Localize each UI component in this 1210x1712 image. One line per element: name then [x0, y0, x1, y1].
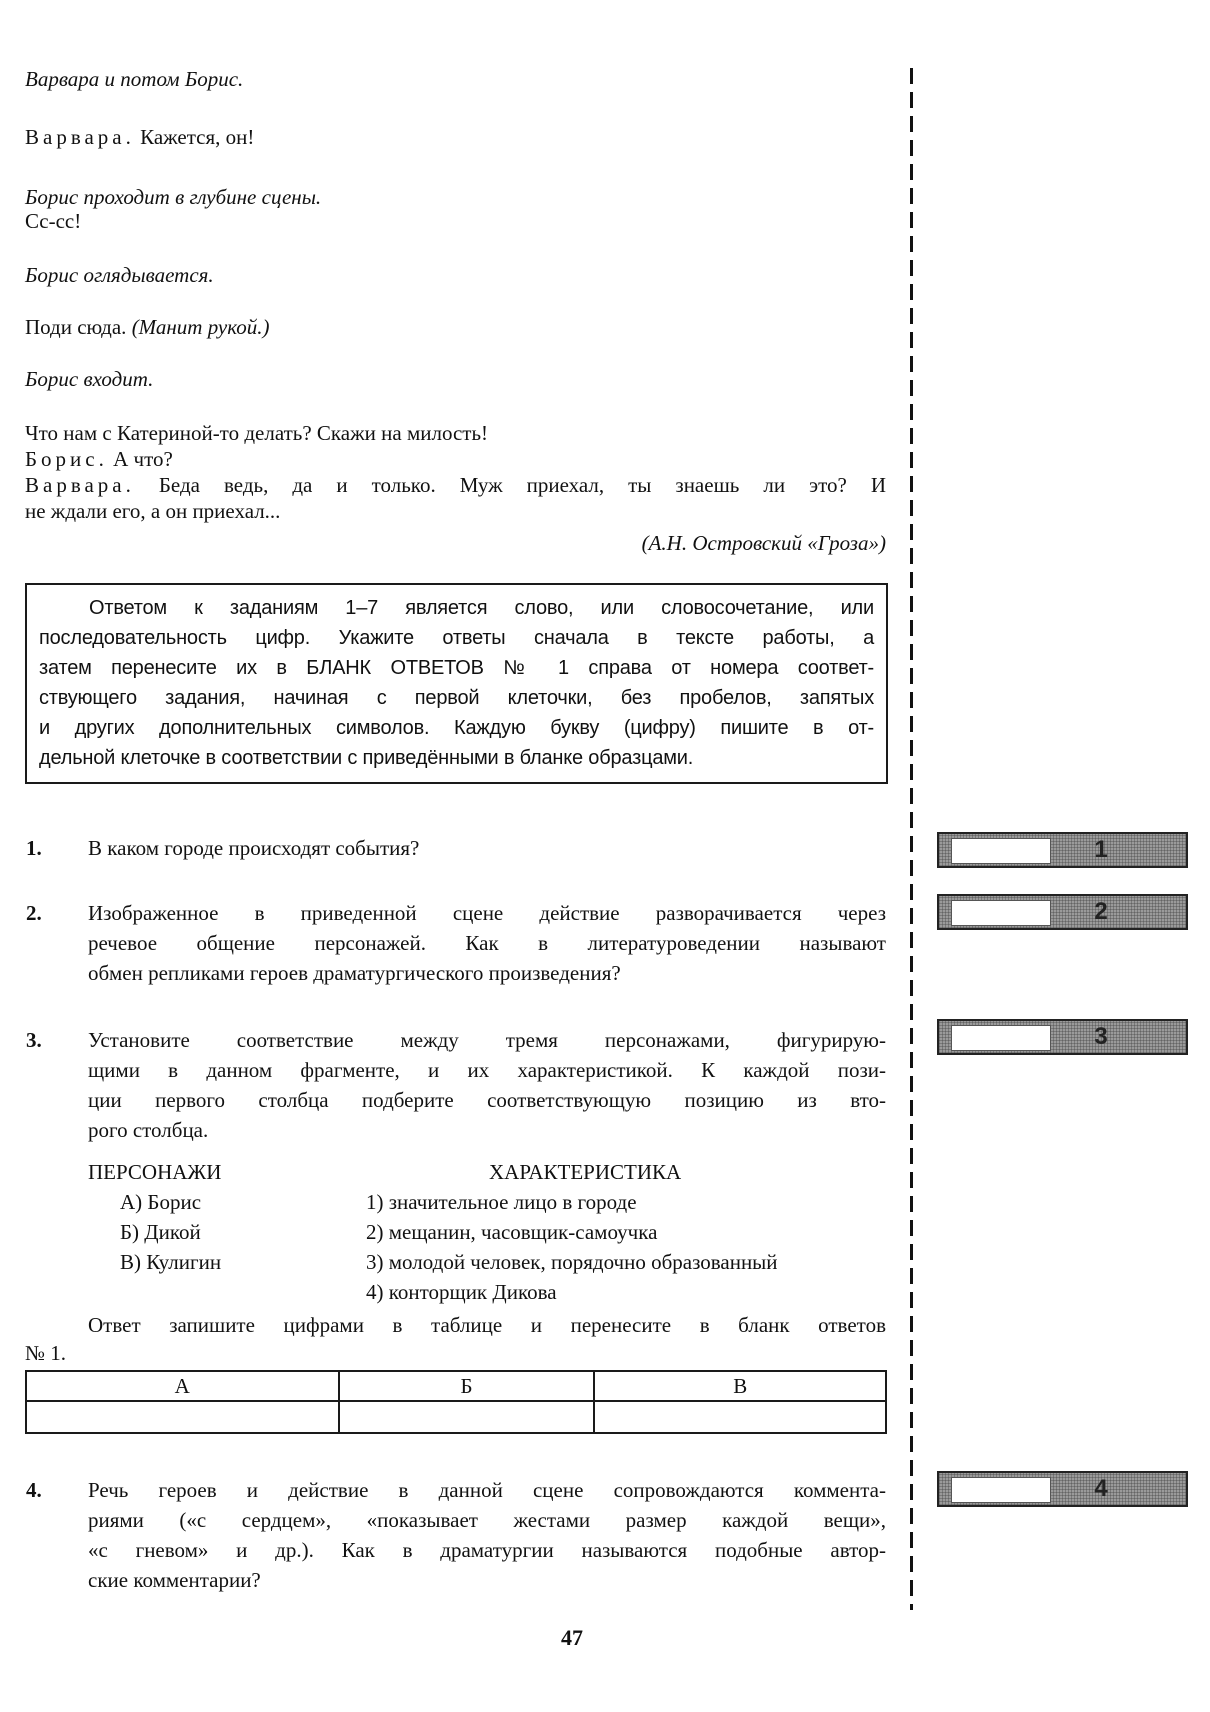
answer-box-label: 1: [1089, 836, 1113, 864]
dialogue-line: Поди сюда. (Манит рукой.): [25, 314, 270, 340]
right-column-header: ХАРАКТЕРИСТИКА: [489, 1157, 681, 1187]
page-number: 47: [561, 1625, 583, 1651]
answer-table-header: В: [594, 1371, 886, 1401]
instruction-line: дельной клеточке в соответствии с привед…: [39, 743, 874, 773]
answer-table-header: А: [26, 1371, 339, 1401]
speech-text: Сс-сс!: [25, 208, 81, 234]
speaker-name: Варвара.: [25, 473, 135, 497]
answer-field-3[interactable]: [951, 1025, 1051, 1051]
characteristic-item: 3) молодой человек, порядочно образованн…: [366, 1247, 778, 1277]
answer-field-2[interactable]: [951, 900, 1051, 926]
dialogue-line: Варвара. Кажется, он!: [25, 124, 254, 150]
stage-direction: Варвара и потом Борис.: [25, 66, 243, 92]
characteristic-item: 2) мещанин, часовщик-самоучка: [366, 1217, 657, 1247]
stage-direction: Борис проходит в глубине сцены.: [25, 184, 321, 210]
instruction-line: последовательность цифр. Укажите ответы …: [39, 623, 874, 653]
task-text: ские комментарии?: [88, 1565, 886, 1595]
task-text: В каком городе происходят события?: [88, 833, 886, 863]
left-column-header: ПЕРСОНАЖИ: [88, 1157, 221, 1187]
dialogue-line: Борис. А что?: [25, 446, 173, 472]
character-item: Б) Дикой: [120, 1217, 201, 1247]
answer-field-1[interactable]: [951, 838, 1051, 864]
answer-cell-v[interactable]: [594, 1401, 886, 1433]
speech-text: Поди сюда.: [25, 315, 126, 339]
speech-text: Что нам с Катериной-то делать? Скажи на …: [25, 420, 488, 446]
task-number: 1.: [26, 833, 42, 863]
task-number: 2.: [26, 898, 42, 928]
instruction-line: затем перенесите их в БЛАНК ОТВЕТОВ № 1 …: [39, 653, 874, 683]
answer-table-input-row: [26, 1401, 886, 1433]
answer-table: А Б В: [25, 1370, 887, 1434]
answer-box-2: 2: [937, 894, 1188, 930]
task-text: речевое общение персонажей. Как в литера…: [88, 928, 886, 958]
answer-note: № 1.: [25, 1338, 66, 1368]
task-text: Речь героев и действие в данной сцене со…: [88, 1475, 886, 1505]
character-item: В) Кулигин: [120, 1247, 221, 1277]
task-text: обмен репликами героев драматургического…: [88, 958, 886, 988]
answer-box-label: 2: [1089, 898, 1113, 926]
instruction-line: ствующего задания, начиная с первой клет…: [39, 683, 874, 713]
dialogue-line: Варвара. Беда ведь, да и только. Муж при…: [25, 472, 886, 498]
characteristic-item: 1) значительное лицо в городе: [366, 1187, 637, 1217]
task-text: ции первого столбца подберите соответств…: [88, 1085, 886, 1115]
inline-stage-direction: (Манит рукой.): [132, 315, 270, 339]
speech-text: Беда ведь, да и только. Муж приехал, ты …: [159, 473, 886, 497]
speech-text: не ждали его, а он приехал...: [25, 498, 280, 524]
answer-box-3: 3: [937, 1019, 1188, 1055]
stage-direction: Борис входит.: [25, 366, 153, 392]
speech-text: Кажется, он!: [140, 125, 254, 149]
instructions-box: Ответом к заданиям 1–7 является слово, и…: [25, 583, 888, 784]
answer-table-header-row: А Б В: [26, 1371, 886, 1401]
answer-field-4[interactable]: [951, 1477, 1051, 1503]
task-text: риями («с сердцем», «показывает жестами …: [88, 1505, 886, 1535]
speaker-name: Борис.: [25, 447, 108, 471]
speech-text: А что?: [113, 447, 173, 471]
dashed-cut-line: [910, 68, 913, 1610]
answer-box-1: 1: [937, 832, 1188, 868]
characteristic-item: 4) конторщик Дикова: [366, 1277, 557, 1307]
stage-direction: Борис оглядывается.: [25, 262, 214, 288]
answer-note: Ответ запишите цифрами в таблице и перен…: [88, 1310, 886, 1340]
answer-box-4: 4: [937, 1471, 1188, 1507]
instruction-line: и других дополнительных символов. Каждую…: [39, 713, 874, 743]
answer-box-label: 3: [1089, 1023, 1113, 1051]
task-text: «с гневом» и др.). Как в драматургии наз…: [88, 1535, 886, 1565]
task-text: Изображенное в приведенной сцене действи…: [88, 898, 886, 928]
task-number: 3.: [26, 1025, 42, 1055]
task-number: 4.: [26, 1475, 42, 1505]
task-text: рого столбца.: [88, 1115, 886, 1145]
citation: (А.Н. Островский «Гроза»): [642, 530, 886, 556]
instruction-line: Ответом к заданиям 1–7 является слово, и…: [89, 593, 874, 623]
answer-table-header: Б: [339, 1371, 595, 1401]
answer-cell-a[interactable]: [26, 1401, 339, 1433]
task-text: Установите соответствие между тремя перс…: [88, 1025, 886, 1055]
task-text: щими в данном фрагменте, и их характерис…: [88, 1055, 886, 1085]
speaker-name: Варвара.: [25, 125, 135, 149]
character-item: А) Борис: [120, 1187, 201, 1217]
answer-box-label: 4: [1089, 1475, 1113, 1503]
answer-cell-b[interactable]: [339, 1401, 595, 1433]
